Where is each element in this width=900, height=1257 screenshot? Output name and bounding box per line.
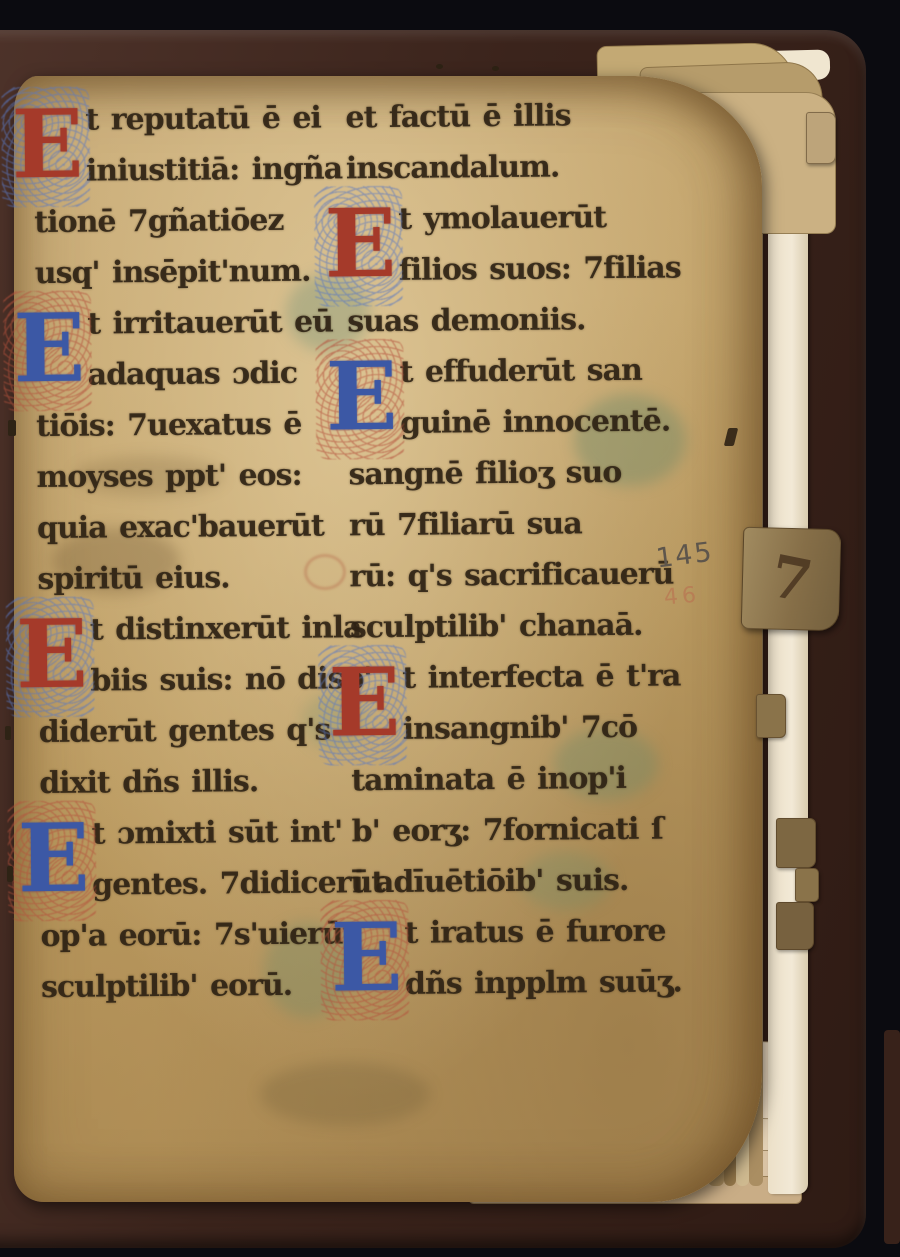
initial-letter: E <box>328 648 401 759</box>
illuminated-initial: E <box>330 910 399 1011</box>
verse: E t distinxerūt inla biis suis: nō disp'… <box>38 602 352 809</box>
illuminated-initial: E <box>11 97 80 198</box>
initial-letter: E <box>11 90 84 201</box>
manuscript-photo: E t reputatū ē ei iniustitiā: ingña tion… <box>0 0 900 1257</box>
fore-edge-tab-large: 7 <box>741 527 842 632</box>
verse: et factū ē illis inscandalum. <box>345 89 676 194</box>
verse: E t ymolauerūt filios suos: 7filias suas… <box>346 191 677 347</box>
initial-letter: E <box>13 294 86 405</box>
initial-letter: E <box>324 189 397 300</box>
ink-fleck <box>436 64 443 69</box>
verse: E t irritauerūt eū adaquas ɔdic tiōis: 7… <box>35 296 350 605</box>
illuminated-initial: E <box>13 301 82 402</box>
margin-mark <box>8 420 16 436</box>
illuminated-initial: E <box>328 655 397 756</box>
verse: E t ɔmixti sūt int' gentes. 7didicerūt o… <box>39 806 353 1013</box>
margin-mark <box>7 866 13 882</box>
illuminated-initial: E <box>17 811 86 912</box>
verse: E t interfecta ē t'ra insangnib' 7cō tam… <box>350 650 682 908</box>
text-line: et factū ē illis <box>345 89 675 143</box>
text-column-right: et factū ē illis inscandalum. E t ymolau… <box>345 89 683 1010</box>
illuminated-initial: E <box>16 607 85 708</box>
initial-letter: E <box>325 342 398 453</box>
fore-edge-tab <box>806 112 836 164</box>
initial-letter: E <box>17 804 90 915</box>
illuminated-initial: E <box>325 349 394 450</box>
verse: E t iratus ē furore dñs inpplm suūʒ. <box>352 905 683 1010</box>
text-line: b' eorʒ: 7fornicati ſ <box>351 803 681 857</box>
tab-mark: 7 <box>764 542 817 617</box>
text-line: rū 7filiarū sua <box>349 497 679 551</box>
fore-edge-tab <box>795 868 819 902</box>
illuminated-initial: E <box>324 196 393 297</box>
text-line: quia exac'bauerūt <box>37 500 349 554</box>
margin-mark <box>5 726 11 740</box>
manuscript-page: E t reputatū ē ei iniustitiā: ingña tion… <box>14 76 762 1202</box>
verse: E t effuderūt san guinē innocentē. sangn… <box>347 344 680 653</box>
text-block: E t reputatū ē ei iniustitiā: ingña tion… <box>9 73 767 1205</box>
ink-fleck <box>492 66 499 71</box>
initial-letter: E <box>330 903 403 1014</box>
text-column-left: E t reputatū ē ei iniustitiā: ingña tion… <box>33 92 353 1013</box>
verse: E t reputatū ē ei iniustitiā: ingña tion… <box>33 92 347 299</box>
text-line: moyses ppt' eos: <box>36 449 348 503</box>
cover-edge-fragment <box>884 1030 900 1244</box>
fore-edge-tab <box>776 818 816 868</box>
fore-edge-tab <box>756 694 786 738</box>
paper-interleaf-edge <box>768 92 808 1194</box>
text-line: rū: q's sacrificauerū <box>349 548 679 602</box>
folio-number-old: 46 <box>663 582 701 610</box>
initial-letter: E <box>16 600 89 711</box>
text-line: sculptilib' eorū. <box>41 959 353 1013</box>
fore-edge-tab <box>776 902 814 950</box>
